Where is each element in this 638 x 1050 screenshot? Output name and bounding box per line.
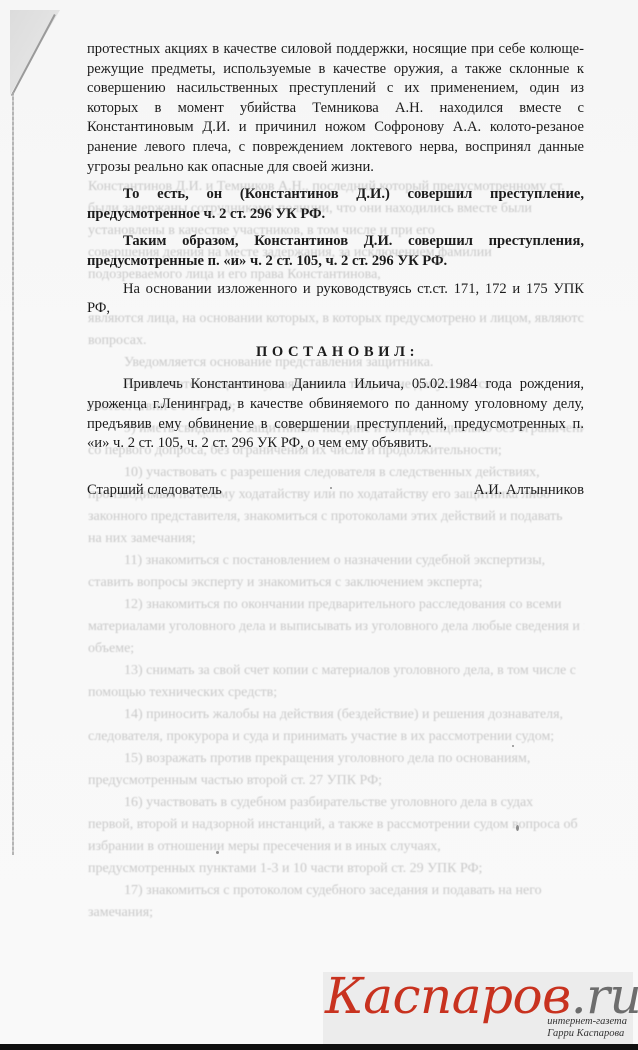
scanned-document-page: Константинов Д.И. и Тем­ников А.Н., по­с… [0, 0, 638, 1044]
bleed-line: 15) возражать против прекращения уголовн… [88, 748, 584, 770]
bleed-line: следователя, прокурора и суда и принимат… [88, 726, 584, 748]
paragraph-crime-296: То есть, он (Константинов Д.И.) совершил… [87, 185, 584, 224]
document-heading: ПОСТАНОВИЛ: [91, 343, 584, 363]
bleed-line: 13) снимать за свой счет копии с материа… [88, 660, 584, 682]
paragraph-legal-basis: На основании изложенного и руководствуяс… [87, 280, 584, 319]
bleed-line: объеме; [88, 638, 584, 660]
bleed-line: 16) участвовать в судебном разбирательст… [88, 792, 584, 814]
bleed-line: материалами уголовного дела и выписывать… [88, 616, 584, 638]
bleed-line: избрании в отношении меры пресечения и в… [88, 836, 584, 858]
paragraph-resolution: Привлечь Константинова Даниила Ильича, 0… [87, 375, 584, 453]
logo-tagline-line-1: интернет-газета [547, 1016, 627, 1028]
bleed-line: предусмотренных пунктами 1-3 и 10 части … [88, 858, 584, 880]
bleed-line: 11) знакомиться с постановлением о назна… [88, 550, 584, 572]
bleed-line: 14) приносить жалобы на действия (бездей… [88, 704, 584, 726]
signature-block: Старший следователь А.И. Алтынников [87, 481, 584, 501]
scan-speck [216, 851, 219, 854]
logo-tagline-line-2: Гарри Каспарова [547, 1028, 627, 1040]
bleed-line: на них замечания; [88, 528, 584, 550]
bleed-line: помощью технических средств; [88, 682, 584, 704]
scan-speck [516, 825, 519, 831]
scan-bottom-border [0, 1044, 638, 1050]
document-body: протестных акциях в качестве силовой под… [87, 40, 584, 500]
bleed-line: 12) знакомиться по окончании предварител… [88, 594, 584, 616]
bleed-line: замечания; [88, 902, 584, 924]
page-edge-line [12, 92, 14, 855]
bleed-line: законного представителя, знакомиться с п… [88, 506, 584, 528]
paragraph-threat-description: протестных акциях в качестве силовой под… [87, 40, 584, 177]
logo-tagline: интернет-газета Гарри Каспарова [547, 1016, 627, 1040]
signatory-name: А.И. Алтынников [474, 481, 584, 501]
signatory-position: Старший следователь [87, 481, 222, 501]
scan-speck [330, 487, 332, 489]
bleed-line: первой, второй и надзорной инстанций, а … [88, 814, 584, 836]
paragraph-crimes-summary: Таким образом, Константинов Д.И. соверши… [87, 232, 584, 271]
kasparov-ru-watermark-logo[interactable]: Каспаров.ru интернет-газета Гарри Каспар… [323, 972, 633, 1044]
bleed-line: ставить вопросы эксперту и знакомиться с… [88, 572, 584, 594]
bleed-line: 17) знакомиться с протоколом судебного з… [88, 880, 584, 902]
bleed-line: предусмотренным частью второй ст. 27 УПК… [88, 770, 584, 792]
scan-speck [512, 745, 514, 747]
